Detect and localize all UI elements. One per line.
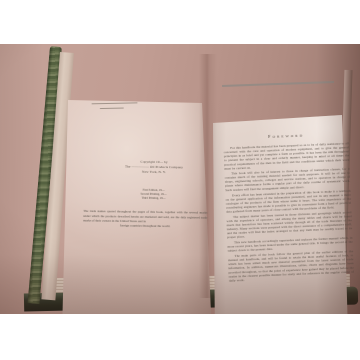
trademark-notice: The trade names quoted throughout the pa… (83, 209, 207, 225)
foreword-heading: Foreword (223, 131, 349, 141)
handwritten-inscription (55, 94, 215, 96)
photo-frame: Copyright 19— by The ————— Oil Products … (0, 0, 360, 360)
pencil-note-line (92, 102, 138, 104)
printing-history-block: First Edition, 19— Second Printing, 19— … (119, 187, 189, 201)
left-page-content: Copyright 19— by The ————— Oil Products … (52, 94, 215, 314)
foreword-paragraphs: For this handbook the material has been … (224, 142, 355, 285)
copyright-line: New York, N. Y. (104, 169, 204, 176)
copyright-block: Copyright 19— by The ————— Oil Products … (104, 159, 204, 176)
printing-line: Third Printing, 19— (119, 196, 189, 201)
pencil-note-line (100, 108, 124, 109)
trademark-notice-last-line: foreign countries throughout the world. (83, 223, 207, 228)
right-page-content: Foreword For this handbook the material … (205, 103, 360, 314)
foreword-paragraph: The main parts of the book follow the ge… (228, 249, 354, 282)
foreword-paragraph: For this handbook the material has been … (224, 142, 350, 171)
right-page-top-edge-shadow (222, 81, 334, 86)
foreword-paragraph: The subject matter has been treated in t… (226, 210, 352, 239)
book-photo: Copyright 19— by The ————— Oil Products … (0, 44, 360, 314)
